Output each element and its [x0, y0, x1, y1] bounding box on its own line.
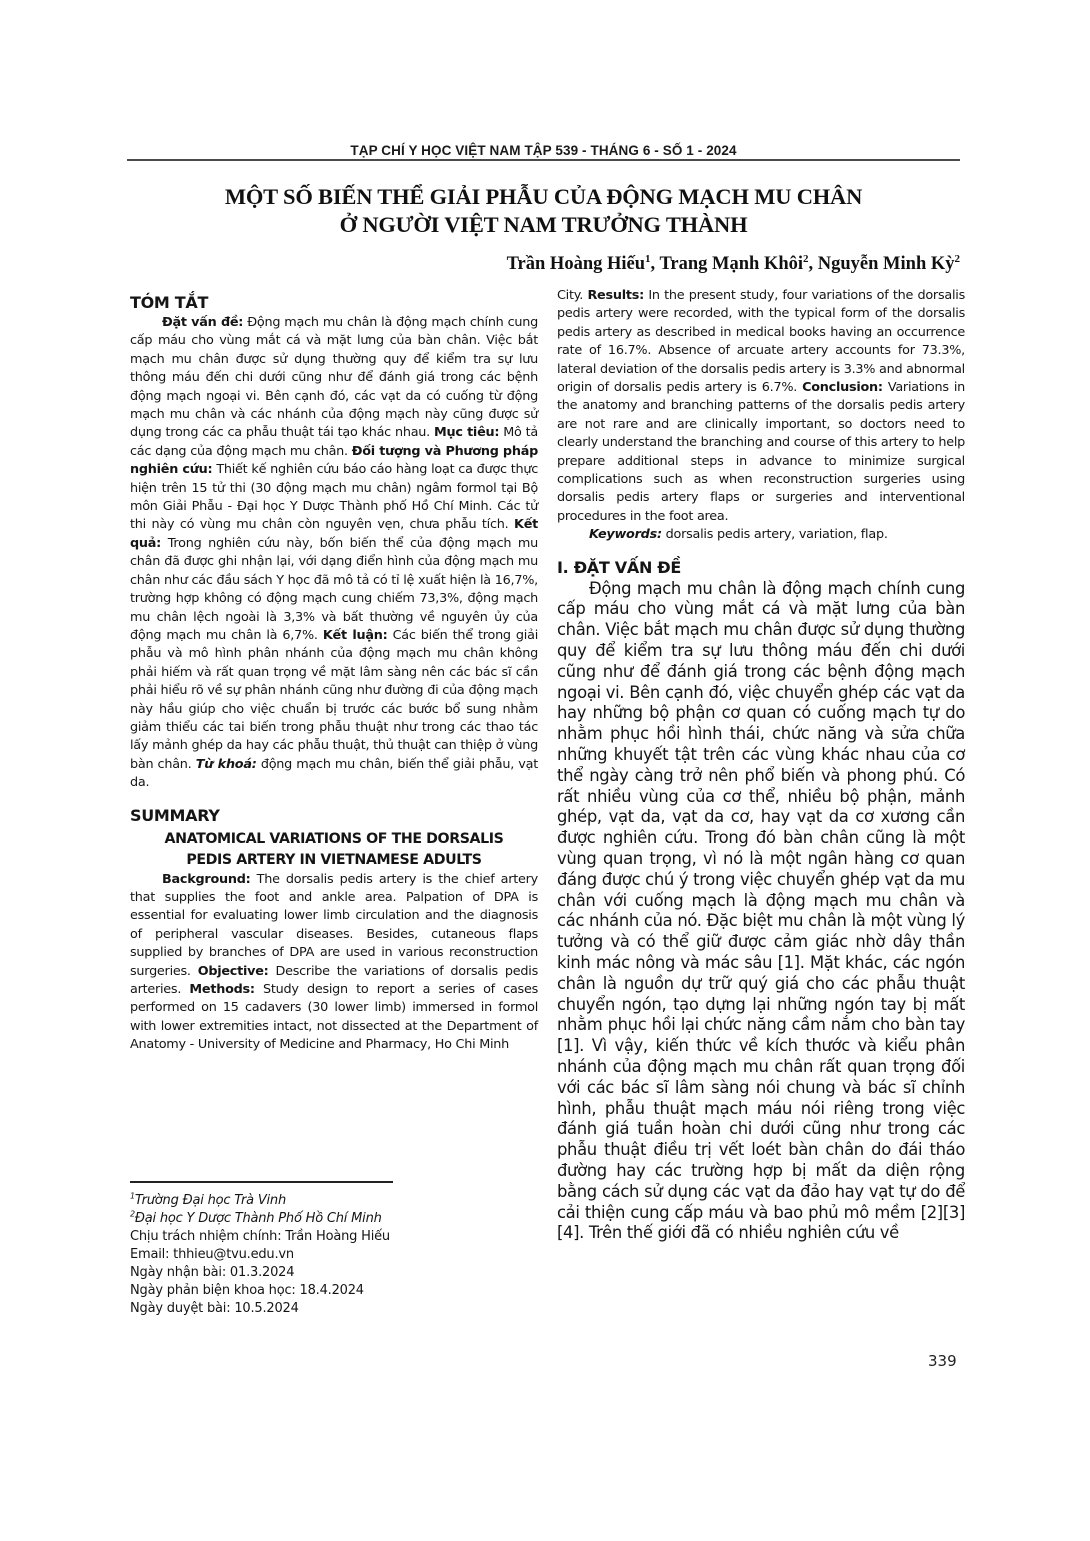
text-background-en: The dorsalis pedis artery is the chief a… — [130, 872, 538, 979]
author-name: Nguyễn Minh Kỳ — [818, 254, 955, 274]
author-name: Trang Mạnh Khôi — [659, 254, 803, 274]
label-objective-vi: Mục tiêu: — [434, 425, 499, 440]
author-list: Trần Hoàng Hiếu1, Trang Mạnh Khôi2, Nguy… — [507, 254, 960, 275]
label-conclusion-en: Conclusion: — [802, 380, 883, 395]
page-number: 339 — [928, 1352, 957, 1370]
text-results-vi: Trong nghiên cứu này, bốn biến thể của đ… — [130, 536, 538, 643]
label-objective-en: Objective: — [198, 964, 269, 979]
header-rule — [127, 159, 960, 161]
abstract-en-continued: City. Results: In the present study, fou… — [557, 287, 965, 526]
footnotes: 1Trường Đại học Trà Vinh 2Đại học Y Dược… — [130, 1192, 540, 1318]
title-line-1: MỘT SỐ BIẾN THỂ GIẢI PHẪU CỦA ĐỘNG MẠCH … — [127, 183, 960, 211]
label-background-en: Background: — [162, 872, 251, 887]
label-keywords-en: Keywords: — [589, 527, 662, 542]
footnote-affiliation-text: Đại học Y Dược Thành Phố Hồ Chí Minh — [135, 1211, 382, 1226]
corresponding-author: Chịu trách nhiệm chính: Trần Hoàng Hiếu — [130, 1228, 540, 1246]
date-reviewed: Ngày phản biện khoa học: 18.4.2024 — [130, 1282, 540, 1300]
abstract-en-heading: SUMMARY — [130, 805, 538, 827]
abstract-vi-paragraph: Đặt vấn đề: Động mạch mu chân là động mạ… — [130, 314, 538, 793]
label-results-en: Results: — [587, 288, 644, 303]
label-background-vi: Đặt vấn đề: — [162, 315, 243, 330]
label-conclusion-vi: Kết luận: — [323, 628, 388, 643]
abstract-en-paragraph: Background: The dorsalis pedis artery is… — [130, 871, 538, 1055]
text-conclusion-en: Variations in the anatomy and branching … — [557, 380, 965, 524]
running-head: TẠP CHÍ Y HỌC VIỆT NAM TẬP 539 - THÁNG 6… — [127, 143, 960, 158]
contact-email: Email: thhieu@tvu.edu.vn — [130, 1246, 540, 1264]
label-keywords-vi: Từ khoá: — [196, 757, 257, 772]
right-column: City. Results: In the present study, fou… — [557, 287, 965, 1244]
text-conclusion-vi: Các biến thể trong giải phẫu và mô hình … — [130, 628, 538, 772]
title-line-2: Ở NGƯỜI VIỆT NAM TRƯỞNG THÀNH — [127, 211, 960, 239]
introduction-heading: I. ĐẶT VẤN ĐỀ — [557, 557, 965, 579]
keywords-en: Keywords: dorsalis pedis artery, variati… — [557, 526, 965, 544]
text-background-vi: Động mạch mu chân là động mạch chính cun… — [130, 315, 538, 440]
label-methods-en: Methods: — [189, 982, 254, 997]
date-accepted: Ngày duyệt bài: 10.5.2024 — [130, 1300, 540, 1318]
footnote-rule — [130, 1181, 393, 1183]
author-separator: , — [809, 254, 818, 274]
abstract-vi-heading: TÓM TẮT — [130, 292, 538, 314]
left-column: TÓM TẮT Đặt vấn đề: Động mạch mu chân là… — [130, 292, 538, 1055]
footnote-affiliation-1: 1Trường Đại học Trà Vinh — [130, 1192, 540, 1210]
abstract-en-title-line-1: ANATOMICAL VARIATIONS OF THE DORSALIS — [130, 829, 538, 850]
text-results-en: In the present study, four variations of… — [557, 288, 965, 395]
author-affiliation-mark: 2 — [955, 253, 961, 265]
text-methods-en-cont: City. — [557, 288, 587, 303]
date-received: Ngày nhận bài: 01.3.2024 — [130, 1264, 540, 1282]
article-title: MỘT SỐ BIẾN THỂ GIẢI PHẪU CỦA ĐỘNG MẠCH … — [127, 183, 960, 239]
footnote-affiliation-text: Trường Đại học Trà Vinh — [135, 1193, 286, 1208]
text-keywords-en: dorsalis pedis artery, variation, flap. — [662, 527, 888, 542]
introduction-paragraph: Động mạch mu chân là động mạch chính cun… — [557, 579, 965, 1245]
abstract-en-title-line-2: PEDIS ARTERY IN VIETNAMESE ADULTS — [130, 850, 538, 871]
abstract-en-title: ANATOMICAL VARIATIONS OF THE DORSALIS PE… — [130, 829, 538, 871]
author-name: Trần Hoàng Hiếu — [507, 254, 645, 274]
footnote-affiliation-2: 2Đại học Y Dược Thành Phố Hồ Chí Minh — [130, 1210, 540, 1228]
